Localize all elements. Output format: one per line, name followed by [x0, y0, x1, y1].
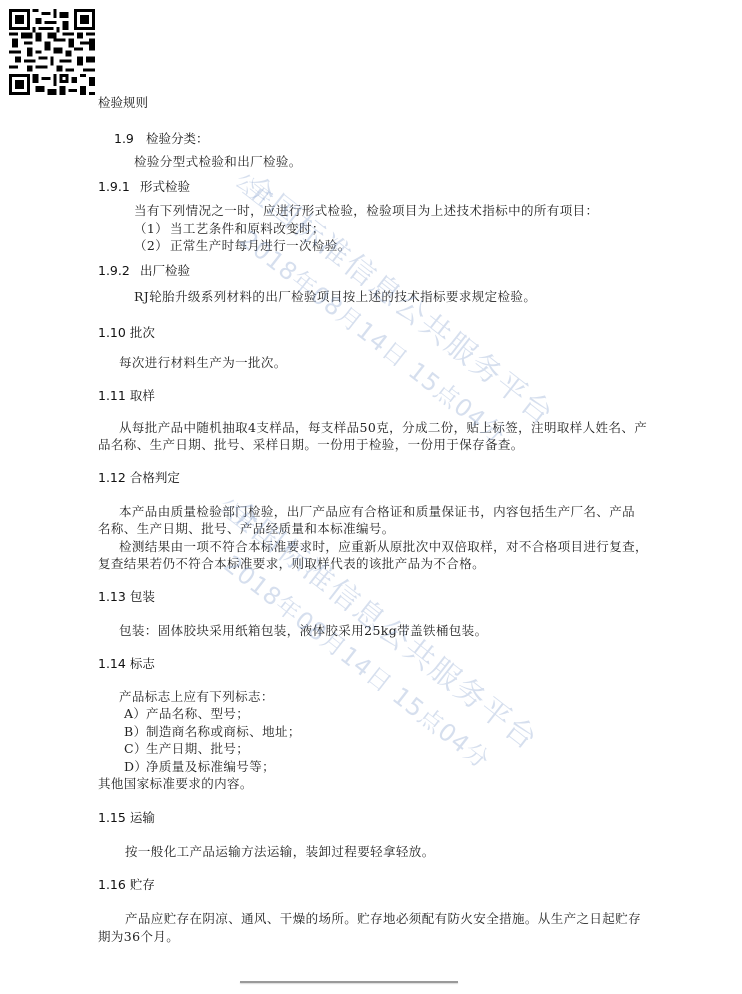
chapter-title: 检验规则: [98, 95, 148, 111]
list-marker: B）: [124, 724, 146, 740]
paragraph: 当有下列情况之一时，应进行形式检验，检验项目为上述技术指标中的所有项目：: [134, 203, 598, 219]
list-item: C）生产日期、批号；: [124, 741, 249, 757]
paragraph-line: 从每批产品中随机抽取4支样品，每支样品50克，分成二份，贴上标签，注明取样人姓名…: [119, 420, 647, 436]
list-item: A）产品名称、型号；: [124, 706, 249, 722]
section-heading-1-15: 1.15运输: [98, 810, 155, 826]
section-title: 形式检验: [140, 179, 190, 194]
paragraph-line: 产品应贮存在阴凉、通风、干燥的场所。贮存地必须配有防火安全措施。从生产之日起贮存: [125, 911, 641, 927]
paragraph-line: 名称、生产日期、批号、产品经质量和本标准编号。: [98, 521, 395, 537]
paragraph: 其他国家标准要求的内容。: [98, 776, 253, 792]
paragraph: RJ轮胎升级系列材料的出厂检验项目按上述的技术指标要求规定检验。: [134, 289, 536, 305]
list-item-text: 净质量及标准编号等；: [146, 759, 275, 774]
list-item-text: 生产日期、批号；: [146, 741, 249, 756]
list-marker: A）: [124, 706, 146, 722]
section-title: 运输: [130, 810, 155, 825]
section-heading-1-11: 1.11取样: [98, 388, 155, 404]
section-title: 批次: [130, 325, 155, 340]
paragraph-line: 本产品由质量检验部门检验，出厂产品应有合格证和质量保证书，内容包括生产厂名、产品: [119, 504, 635, 520]
section-heading-1-9: 1.9检验分类：: [114, 131, 209, 147]
paragraph-line: 品名称、生产日期、批号、采样日期。一份用于检验，一份用于保存备查。: [98, 437, 524, 453]
qr-code-icon: [9, 9, 95, 95]
list-marker: （2）: [134, 238, 170, 254]
section-number: 1.9: [114, 131, 146, 147]
section-heading-1-12: 1.12合格判定: [98, 470, 180, 486]
list-item: （2）正常生产时每月进行一次检验。: [134, 238, 351, 254]
list-item-text: 当工艺条件和原料改变时；: [170, 221, 325, 236]
section-number: 1.9.2: [98, 263, 140, 279]
list-marker: D）: [124, 759, 146, 775]
watermark-line: 2018年08月14日 15点04分: [218, 545, 519, 791]
paragraph: 按一般化工产品运输方法运输，装卸过程要轻拿轻放。: [125, 844, 435, 860]
section-heading-1-9-1: 1.9.1形式检验: [98, 179, 190, 195]
paragraph: 产品标志上应有下列标志：: [119, 689, 274, 705]
list-marker: C）: [124, 741, 146, 757]
section-title: 包装: [130, 589, 155, 604]
list-marker: （1）: [134, 221, 170, 237]
paragraph: 检验分型式检验和出厂检验。: [134, 154, 302, 170]
section-heading-1-13: 1.13包装: [98, 589, 155, 605]
section-title: 合格判定: [130, 470, 180, 485]
section-number: 1.13: [98, 589, 126, 605]
list-item-text: 制造商名称或商标、地址；: [146, 724, 301, 739]
section-title: 检验分类：: [146, 131, 209, 146]
section-number: 1.11: [98, 388, 126, 404]
section-heading-1-9-2: 1.9.2出厂检验: [98, 263, 190, 279]
section-heading-1-14: 1.14标志: [98, 656, 155, 672]
list-item-text: 正常生产时每月进行一次检验。: [170, 238, 351, 253]
list-item: D）净质量及标准编号等；: [124, 759, 275, 775]
section-title: 标志: [130, 656, 155, 671]
section-number: 1.16: [98, 877, 126, 893]
list-item: B）制造商名称或商标、地址；: [124, 724, 301, 740]
paragraph-line: 检测结果由一项不符合本标准要求时，应重新从原批次中双倍取样，对不合格项目进行复查…: [119, 539, 648, 555]
page-footer-divider: [240, 981, 458, 983]
section-heading-1-16: 1.16贮存: [98, 877, 155, 893]
paragraph-line: 复查结果若仍不符合本标准要求，则取样代表的该批产品为不合格。: [98, 556, 485, 572]
section-number: 1.14: [98, 656, 126, 672]
paragraph: 包装：固体胶块采用纸箱包装，液体胶采用25kg带盖铁桶包装。: [119, 623, 487, 639]
section-number: 1.15: [98, 810, 126, 826]
section-title: 出厂检验: [140, 263, 190, 278]
paragraph: 每次进行材料生产为一批次。: [119, 355, 287, 371]
section-number: 1.9.1: [98, 179, 140, 195]
list-item: （1）当工艺条件和原料改变时；: [134, 221, 325, 237]
list-item-text: 产品名称、型号；: [146, 706, 249, 721]
section-heading-1-10: 1.10批次: [98, 325, 155, 341]
section-number: 1.12: [98, 470, 126, 486]
section-title: 贮存: [130, 877, 155, 892]
section-number: 1.10: [98, 325, 126, 341]
paragraph-line: 期为36个月。: [98, 929, 179, 945]
section-title: 取样: [130, 388, 155, 403]
